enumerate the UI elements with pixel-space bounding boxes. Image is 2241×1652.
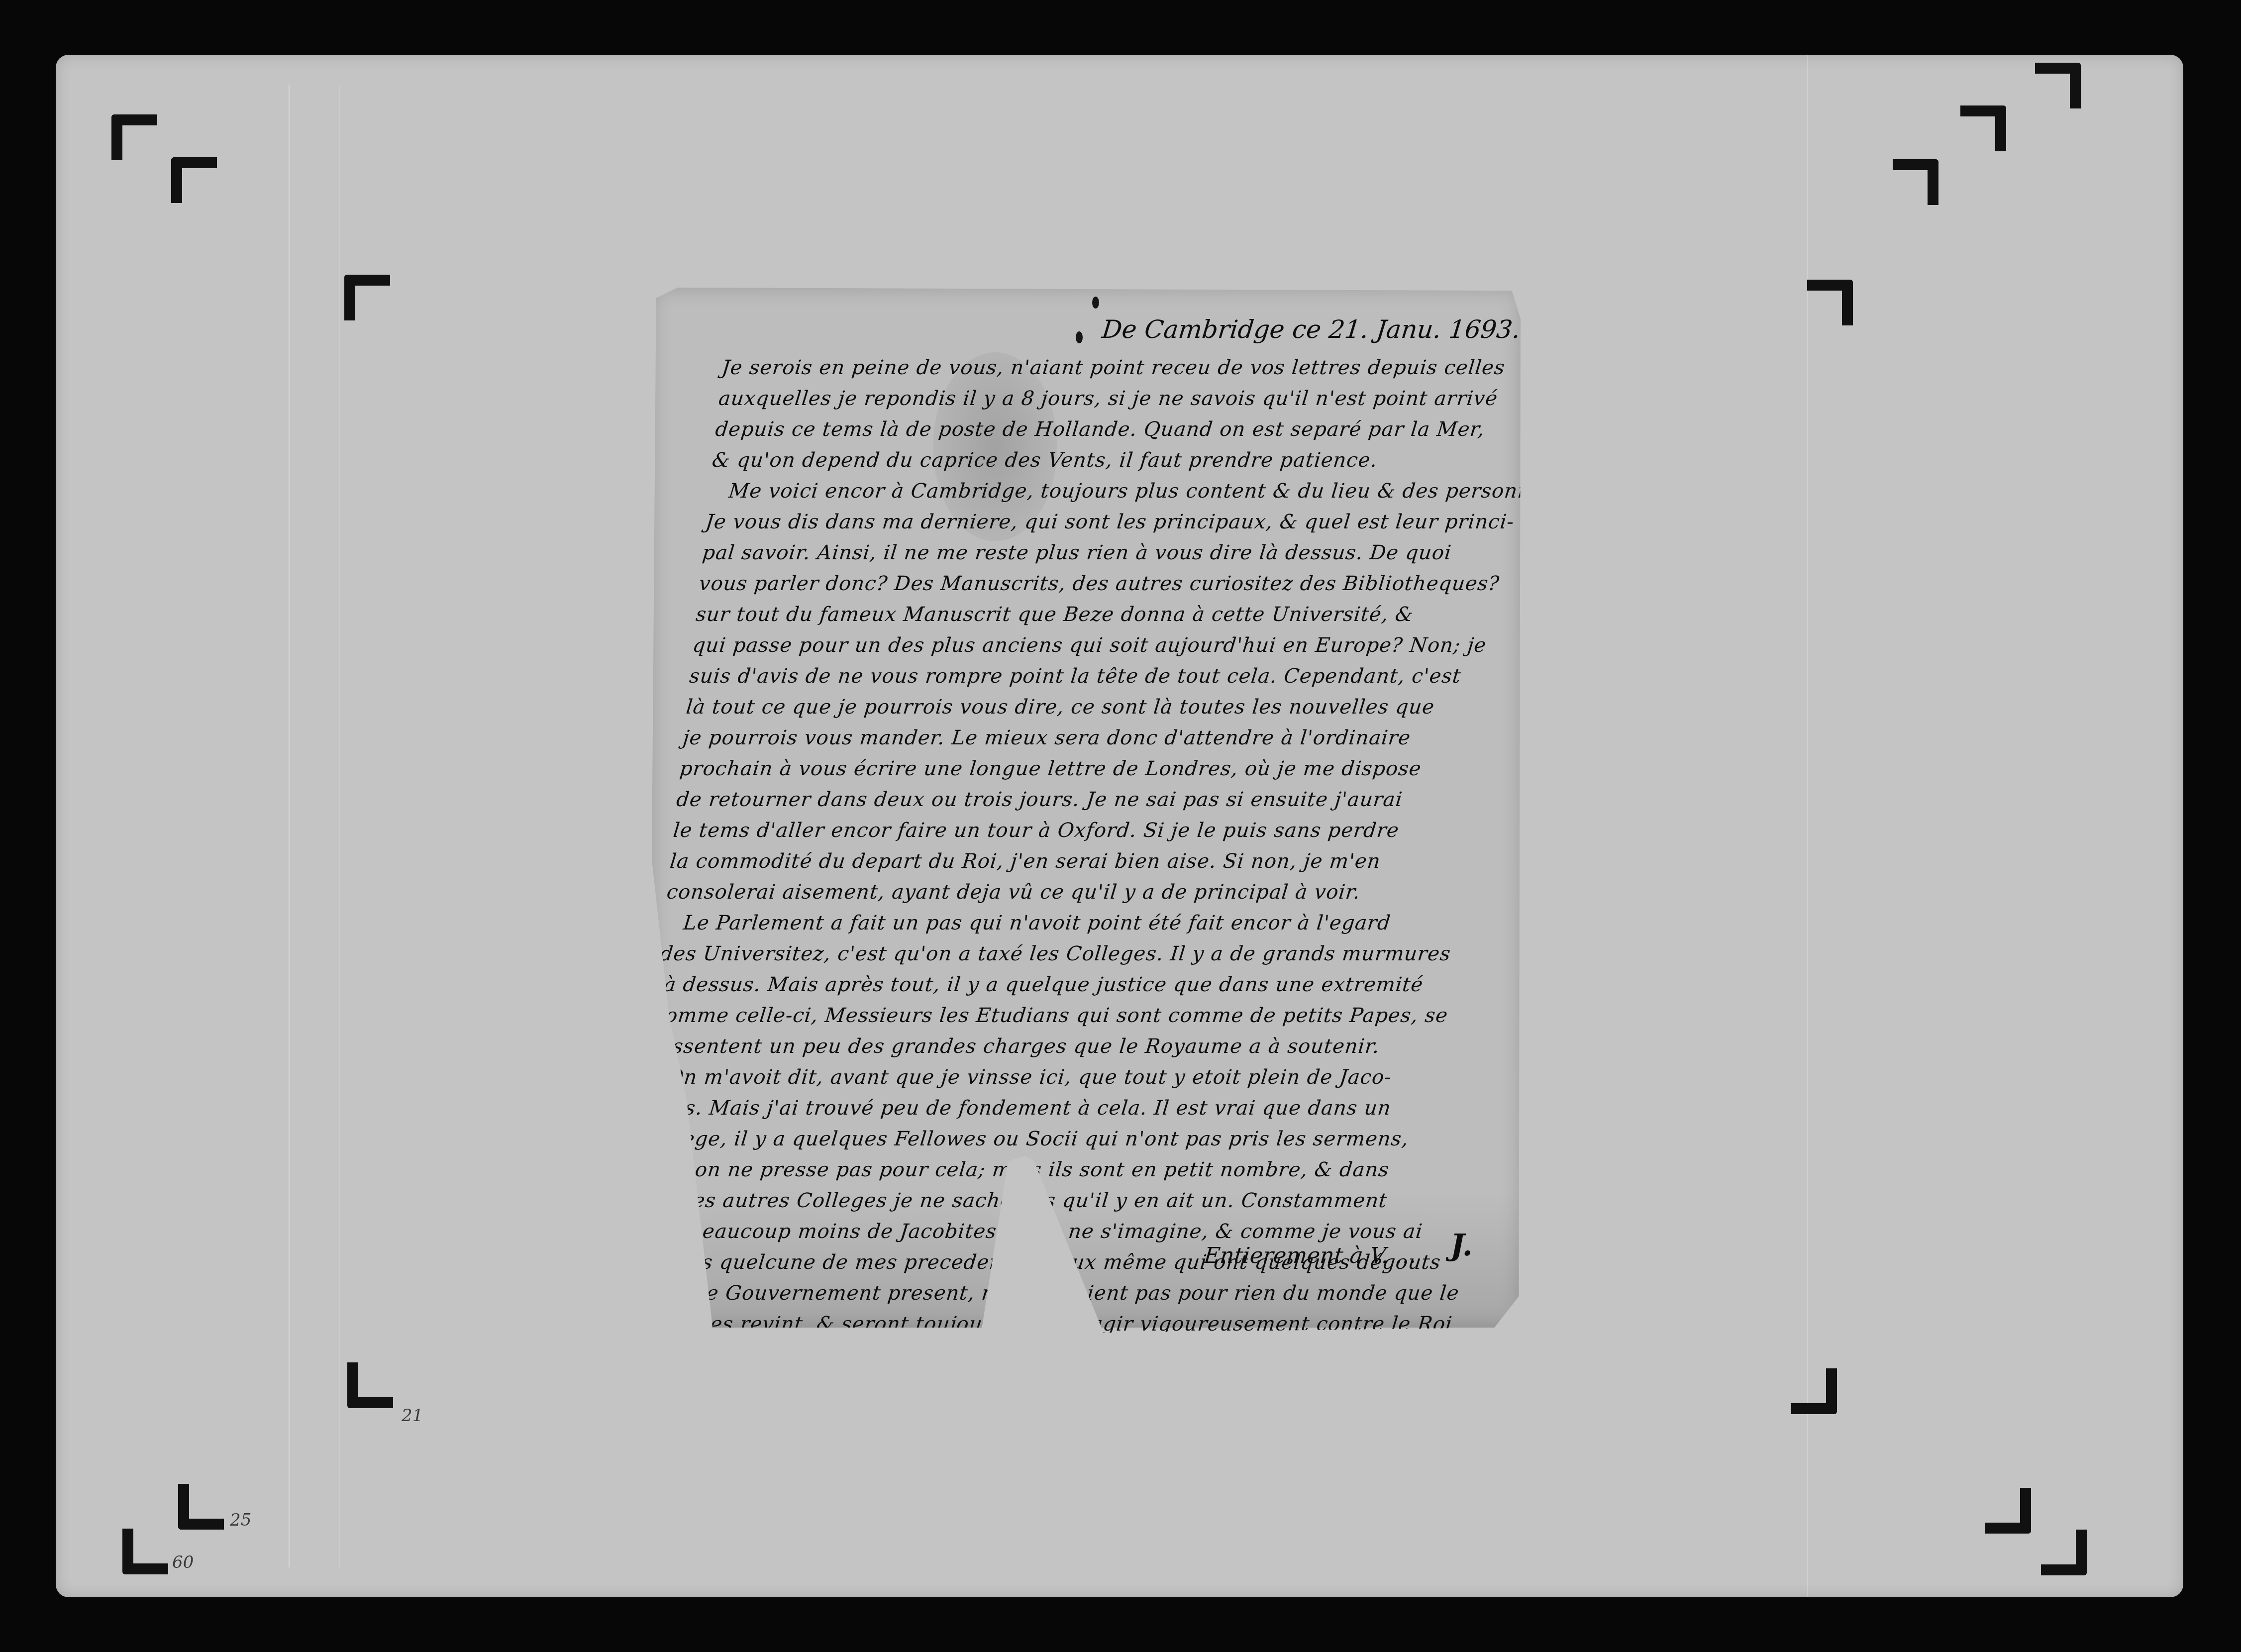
crop-mark-bottom-right-icon <box>1985 1488 2031 1534</box>
letter-body: Je serois en peine de vous, n'aiant poin… <box>595 352 1577 1432</box>
letter-line: & qu'on ne presse pas pour cela; mais il… <box>636 1154 1493 1185</box>
letter-line: la commodité du depart du Roi, j'en sera… <box>668 846 1526 877</box>
ink-blot <box>1092 297 1099 309</box>
letter-line: comme celle-ci, Messieurs les Etudians q… <box>652 1000 1510 1031</box>
letter-line: Le Parlement a fait un pas qui n'avoit p… <box>662 908 1519 938</box>
crop-mark-bottom-right-icon <box>1791 1368 1837 1414</box>
letter-line: je pourrois vous mander. Le mieux sera d… <box>681 723 1538 753</box>
letter-line: Me voici encor à Cambridge, toujours plu… <box>707 476 1564 507</box>
frame-number: 21 <box>402 1406 423 1426</box>
crop-mark-bottom-left-icon <box>178 1484 224 1530</box>
crop-mark-bottom-right-icon <box>2041 1530 2087 1575</box>
letter-line: consolerai aisement, ayant deja vû ce qu… <box>665 877 1523 908</box>
crop-mark-top-right-icon <box>1893 159 1938 205</box>
letter-line: prochain à vous écrire une longue lettre… <box>678 753 1535 784</box>
letter-line: suis d'avis de ne vous rompre point la t… <box>688 661 1545 692</box>
film-scratch <box>289 85 290 1567</box>
letter-line: tous les autres Colleges je ne sache pas… <box>633 1185 1490 1216</box>
letter-line: des Universitez, c'est qu'on a taxé les … <box>659 938 1516 969</box>
crop-mark-top-right-icon <box>2035 63 2081 108</box>
letter-line: & qu'on depend du caprice des Vents, il … <box>711 445 1568 476</box>
film-scratch <box>339 85 340 1567</box>
frame-number: 25 <box>230 1510 251 1530</box>
letter-line: College, il y a quelques Fellowes ou Soc… <box>639 1124 1497 1154</box>
crop-mark-top-left-icon <box>111 114 157 160</box>
letter-line: depuis ce tems là de poste de Hollande. … <box>713 414 1571 445</box>
crop-mark-top-right-icon <box>1807 280 1853 325</box>
crop-mark-top-left-icon <box>171 157 217 203</box>
letter-line: là tout ce que je pourrois vous dire, ce… <box>685 692 1542 723</box>
crop-mark-bottom-left-icon <box>347 1362 393 1408</box>
letter-line: On m'avoit dit, avant que je vinsse ici,… <box>646 1062 1503 1093</box>
letter-line: pal savoir. Ainsi, il ne me reste plus r… <box>701 537 1558 568</box>
letter-line: ressentent un peu des grandes charges qu… <box>649 1031 1506 1062</box>
letter-line: auxquelles je repondis il y a 8 jours, s… <box>717 383 1574 414</box>
frame-number: 60 <box>172 1552 194 1572</box>
letter-line: de retourner dans deux ou trois jours. J… <box>675 784 1532 815</box>
letter-line: Je serois en peine de vous, n'aiant poin… <box>720 352 1578 383</box>
letter-line: là dessus. Mais après tout, il y a quelq… <box>655 969 1513 1000</box>
letter-dateline: De Cambridge ce 21. Janu. 1693. <box>1101 315 1522 344</box>
letter-line: sur tout du fameux Manuscrit que Beze do… <box>694 599 1551 630</box>
ink-blot <box>1076 331 1083 343</box>
signature-mark: J. <box>1450 1228 1473 1263</box>
letter-closing: Entierement à V. ... <box>1203 1243 1418 1268</box>
letter-page: De Cambridge ce 21. Janu. 1693. Je seroi… <box>652 288 1521 1328</box>
crop-mark-top-left-icon <box>344 275 390 320</box>
letter-line: vous parler donc? Des Manuscrits, des au… <box>698 568 1555 599</box>
letter-line: bites. Mais j'ai trouvé peu de fondement… <box>642 1093 1500 1124</box>
crop-mark-bottom-left-icon <box>122 1529 168 1574</box>
crop-mark-top-right-icon <box>1960 105 2006 151</box>
letter-line: le tems d'aller encor faire un tour à Ox… <box>672 815 1529 846</box>
letter-line: Je vous dis dans ma derniere, qui sont l… <box>704 507 1561 537</box>
letter-line: qui passe pour un des plus anciens qui s… <box>691 630 1548 661</box>
